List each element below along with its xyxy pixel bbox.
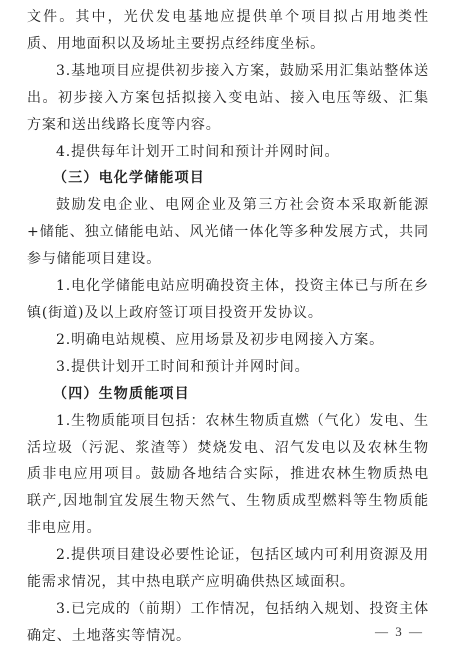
- paragraph-land-info: 文件。其中，光伏发电基地应提供单个项目拟占用地类性质、用地面积以及场址主要拐点经…: [27, 4, 429, 58]
- paragraph-biomass-item-2: 2.提供项目建设必要性论证，包括区域内可利用资源及用能需求情况，其中热电联产应明…: [27, 542, 429, 596]
- paragraph-storage-item-3: 3.提供计划开工时间和预计并网时间。: [27, 354, 429, 381]
- paragraph-storage-item-1: 1.电化学储能电站应明确投资主体，投资主体已与所在乡镇(街道)及以上政府签订项目…: [27, 273, 429, 327]
- paragraph-storage-intro: 鼓励发电企业、电网企业及第三方社会资本采取新能源+储能、独立储能电站、风光储一体…: [27, 192, 429, 273]
- paragraph-storage-item-2: 2.明确电站规模、应用场景及初步电网接入方案。: [27, 327, 429, 354]
- section-heading-electrochemical-storage: （三）电化学储能项目: [27, 165, 429, 192]
- section-heading-biomass: （四）生物质能项目: [27, 381, 429, 408]
- document-page: 文件。其中，光伏发电基地应提供单个项目拟占用地类性质、用地面积以及场址主要拐点经…: [27, 4, 429, 650]
- page-number: — 3 —: [375, 624, 424, 640]
- paragraph-item-3-access-plan: 3.基地项目应提供初步接入方案，鼓励采用汇集站整体送出。初步接入方案包括拟接入变…: [27, 58, 429, 139]
- paragraph-biomass-item-3: 3.已完成的（前期）工作情况，包括纳入规划、投资主体确定、土地落实等情况。: [27, 596, 429, 650]
- paragraph-item-4-schedule: 4.提供每年计划开工时间和预计并网时间。: [27, 139, 429, 166]
- paragraph-biomass-item-1: 1.生物质能项目包括：农林生物质直燃（气化）发电、生活垃圾（污泥、浆渣等）焚烧发…: [27, 408, 429, 543]
